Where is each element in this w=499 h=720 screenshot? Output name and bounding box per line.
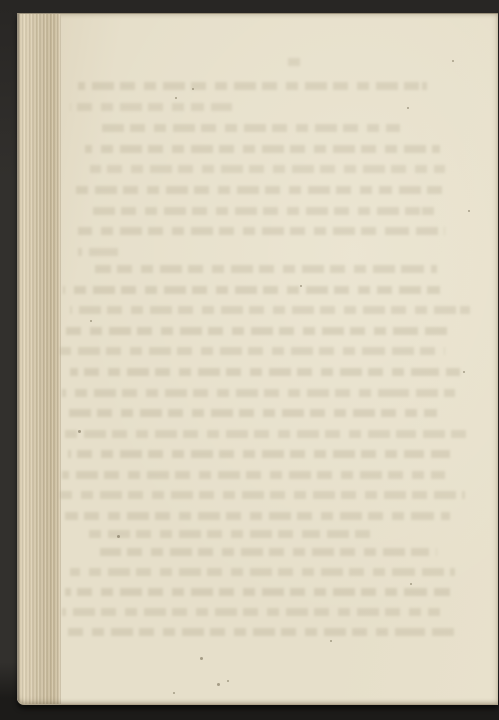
paper-speck bbox=[227, 680, 229, 682]
paper-speck bbox=[200, 657, 203, 660]
paper-speck bbox=[463, 371, 465, 373]
scanner-background bbox=[0, 0, 499, 720]
paper-speck bbox=[175, 97, 177, 99]
paper-speck bbox=[117, 535, 120, 538]
paper-speck bbox=[90, 320, 92, 322]
paper-speck bbox=[330, 640, 332, 642]
paper-speck bbox=[173, 692, 175, 694]
paper-speck bbox=[407, 107, 409, 109]
paper-specks bbox=[0, 0, 499, 720]
paper-speck bbox=[217, 683, 220, 686]
paper-speck bbox=[300, 285, 302, 287]
paper-speck bbox=[192, 88, 194, 90]
paper-speck bbox=[410, 583, 412, 585]
paper-speck bbox=[452, 60, 454, 62]
paper-speck bbox=[78, 430, 81, 433]
paper-speck bbox=[468, 210, 470, 212]
